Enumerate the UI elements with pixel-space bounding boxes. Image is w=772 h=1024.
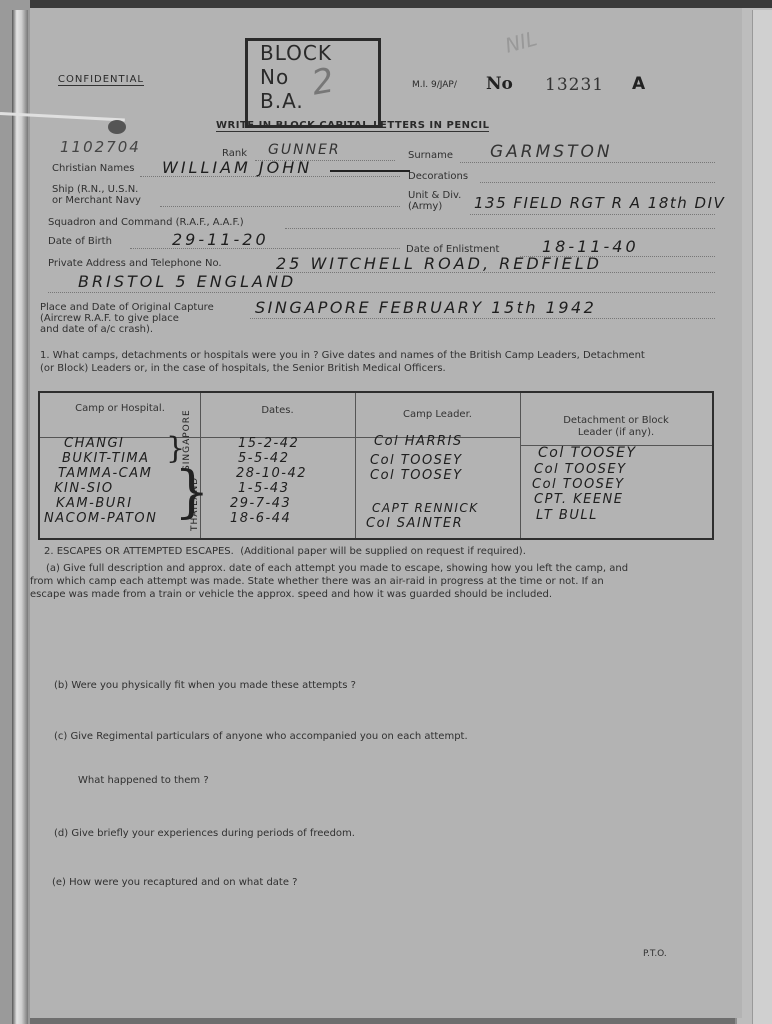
header-dates: Dates. [200, 405, 355, 416]
surname-value: GARMSTON [490, 142, 613, 162]
instruction-heading: WRITE IN BLOCK CAPITAL LETTERS IN PENCIL [216, 120, 489, 132]
question-2-heading: 2. ESCAPES OR ATTEMPTED ESCAPES. [44, 546, 234, 557]
address-value-2: BRISTOL 5 ENGLAND [78, 272, 296, 291]
camp-cell: NACOM-PATON [44, 511, 157, 526]
leader-cell: Col TOOSEY [370, 468, 463, 483]
decorations-label: Decorations [408, 171, 468, 182]
question-2a-line-2: from which camp each attempt was made. S… [30, 576, 604, 587]
underlying-page-edge [752, 10, 772, 1024]
detachment-cell: Col TOOSEY [532, 477, 625, 492]
header-detachment: Detachment or BlockLeader (if any). [520, 415, 712, 439]
service-number: 1102704 [60, 138, 141, 156]
rank-value: GUNNER [268, 142, 341, 158]
dash-line [330, 170, 410, 172]
date-cell: 5-5-42 [238, 451, 289, 466]
unit-line [470, 214, 715, 215]
date-cell: 15-2-42 [238, 436, 299, 451]
detachment-cell: Col TOOSEY [538, 445, 637, 461]
date-cell: 29-7-43 [230, 496, 291, 511]
unit-label-1: Unit & Div. [408, 190, 461, 201]
ship-label-2: or Merchant Navy [52, 195, 141, 206]
form-number: 13231 [545, 75, 604, 95]
address-line-2 [48, 292, 715, 293]
header-detachment-1: Detachment or Block [563, 415, 669, 426]
leader-cell: Col HARRIS [374, 434, 463, 449]
pto-label: P.T.O. [643, 949, 667, 959]
leader-cell: CAPT RENNICK [372, 501, 479, 515]
question-2-title: 2. ESCAPES OR ATTEMPTED ESCAPES. (Additi… [44, 546, 526, 557]
squadron-line [285, 228, 715, 229]
camp-cell: KIN-SIO [54, 481, 114, 496]
capture-label-3: and date of a/c crash). [40, 324, 153, 335]
question-2a-line-3: escape was made from a train or vehicle … [30, 589, 552, 600]
unit-label: Unit & Div.(Army) [408, 190, 461, 212]
capture-label-2: (Aircrew R.A.F. to give place [40, 313, 179, 324]
punch-hole [108, 120, 126, 134]
dob-label: Date of Birth [48, 236, 112, 247]
decorations-line [480, 182, 715, 183]
ship-label-1: Ship (R.N., U.S.N. [52, 184, 138, 195]
unit-label-2: (Army) [408, 201, 442, 212]
squadron-label: Squadron and Command (R.A.F., A.A.F.) [48, 217, 244, 228]
camp-cell: KAM-BURI [56, 496, 133, 511]
unit-value: 135 FIELD RGT R A 18th DIV [474, 194, 725, 212]
form-reference: M.I. 9/JAP/ [412, 80, 457, 90]
camp-cell: BUKIT-TIMA [62, 451, 150, 466]
surname-label: Surname [408, 150, 453, 161]
camp-cell: TAMMA-CAM [58, 466, 152, 481]
question-2c: (c) Give Regimental particulars of anyon… [54, 731, 468, 742]
header-detachment-2: Leader (if any). [578, 427, 654, 438]
christian-names-value: WILLIAM JOHN [162, 158, 312, 177]
confidential-label: CONFIDENTIAL [58, 74, 144, 86]
detachment-cell: LT BULL [536, 508, 598, 523]
dob-value: 29-11-20 [172, 230, 269, 249]
leader-cell: Col TOOSEY [370, 453, 463, 468]
date-cell: 28-10-42 [236, 466, 307, 481]
question-2c-followup: What happened to them ? [78, 775, 209, 786]
question-2d: (d) Give briefly your experiences during… [54, 828, 355, 839]
thailand-group-label: THAILAND [190, 477, 200, 531]
capture-value: SINGAPORE FEBRUARY 15th 1942 [255, 298, 596, 317]
date-cell: 1-5-43 [238, 481, 289, 496]
capture-label-1: Place and Date of Original Capture [40, 302, 214, 313]
date-cell: 18-6-44 [230, 511, 291, 526]
form-suffix: A [632, 74, 645, 94]
leader-cell: Col SAINTER [366, 516, 463, 531]
header-camp: Camp or Hospital. [40, 403, 200, 414]
camps-table: Camp or Hospital. Dates. Camp Leader. De… [38, 391, 714, 540]
capture-line [250, 318, 715, 319]
detachment-cell: CPT. KEENE [534, 492, 623, 507]
camp-cell: CHANGI [64, 436, 124, 451]
question-2a-line-1: (a) Give full description and approx. da… [46, 563, 628, 574]
surname-line [460, 162, 715, 163]
question-1-line-2: (or Block) Leaders or, in the case of ho… [40, 363, 446, 374]
question-1-line-1: 1. What camps, detachments or hospitals … [40, 350, 645, 361]
capture-label: Place and Date of Original Capture(Aircr… [40, 302, 214, 335]
header-camp-leader: Camp Leader. [355, 409, 520, 420]
question-2e: (e) How were you recaptured and on what … [52, 877, 298, 888]
stamp-line-block: BLOCK [248, 41, 378, 65]
detachment-cell: Col TOOSEY [534, 462, 627, 477]
binder-rod [12, 10, 28, 1024]
question-2-note: (Additional paper will be supplied on re… [240, 546, 526, 557]
ship-line [160, 206, 400, 207]
christian-names-label: Christian Names [52, 163, 134, 174]
number-label: No [486, 74, 513, 94]
ship-label: Ship (R.N., U.S.N.or Merchant Navy [52, 184, 141, 206]
address-label: Private Address and Telephone No. [48, 258, 222, 269]
question-2b: (b) Were you physically fit when you mad… [54, 680, 356, 691]
address-value-1: 25 WITCHELL ROAD, REDFIELD [276, 254, 602, 273]
